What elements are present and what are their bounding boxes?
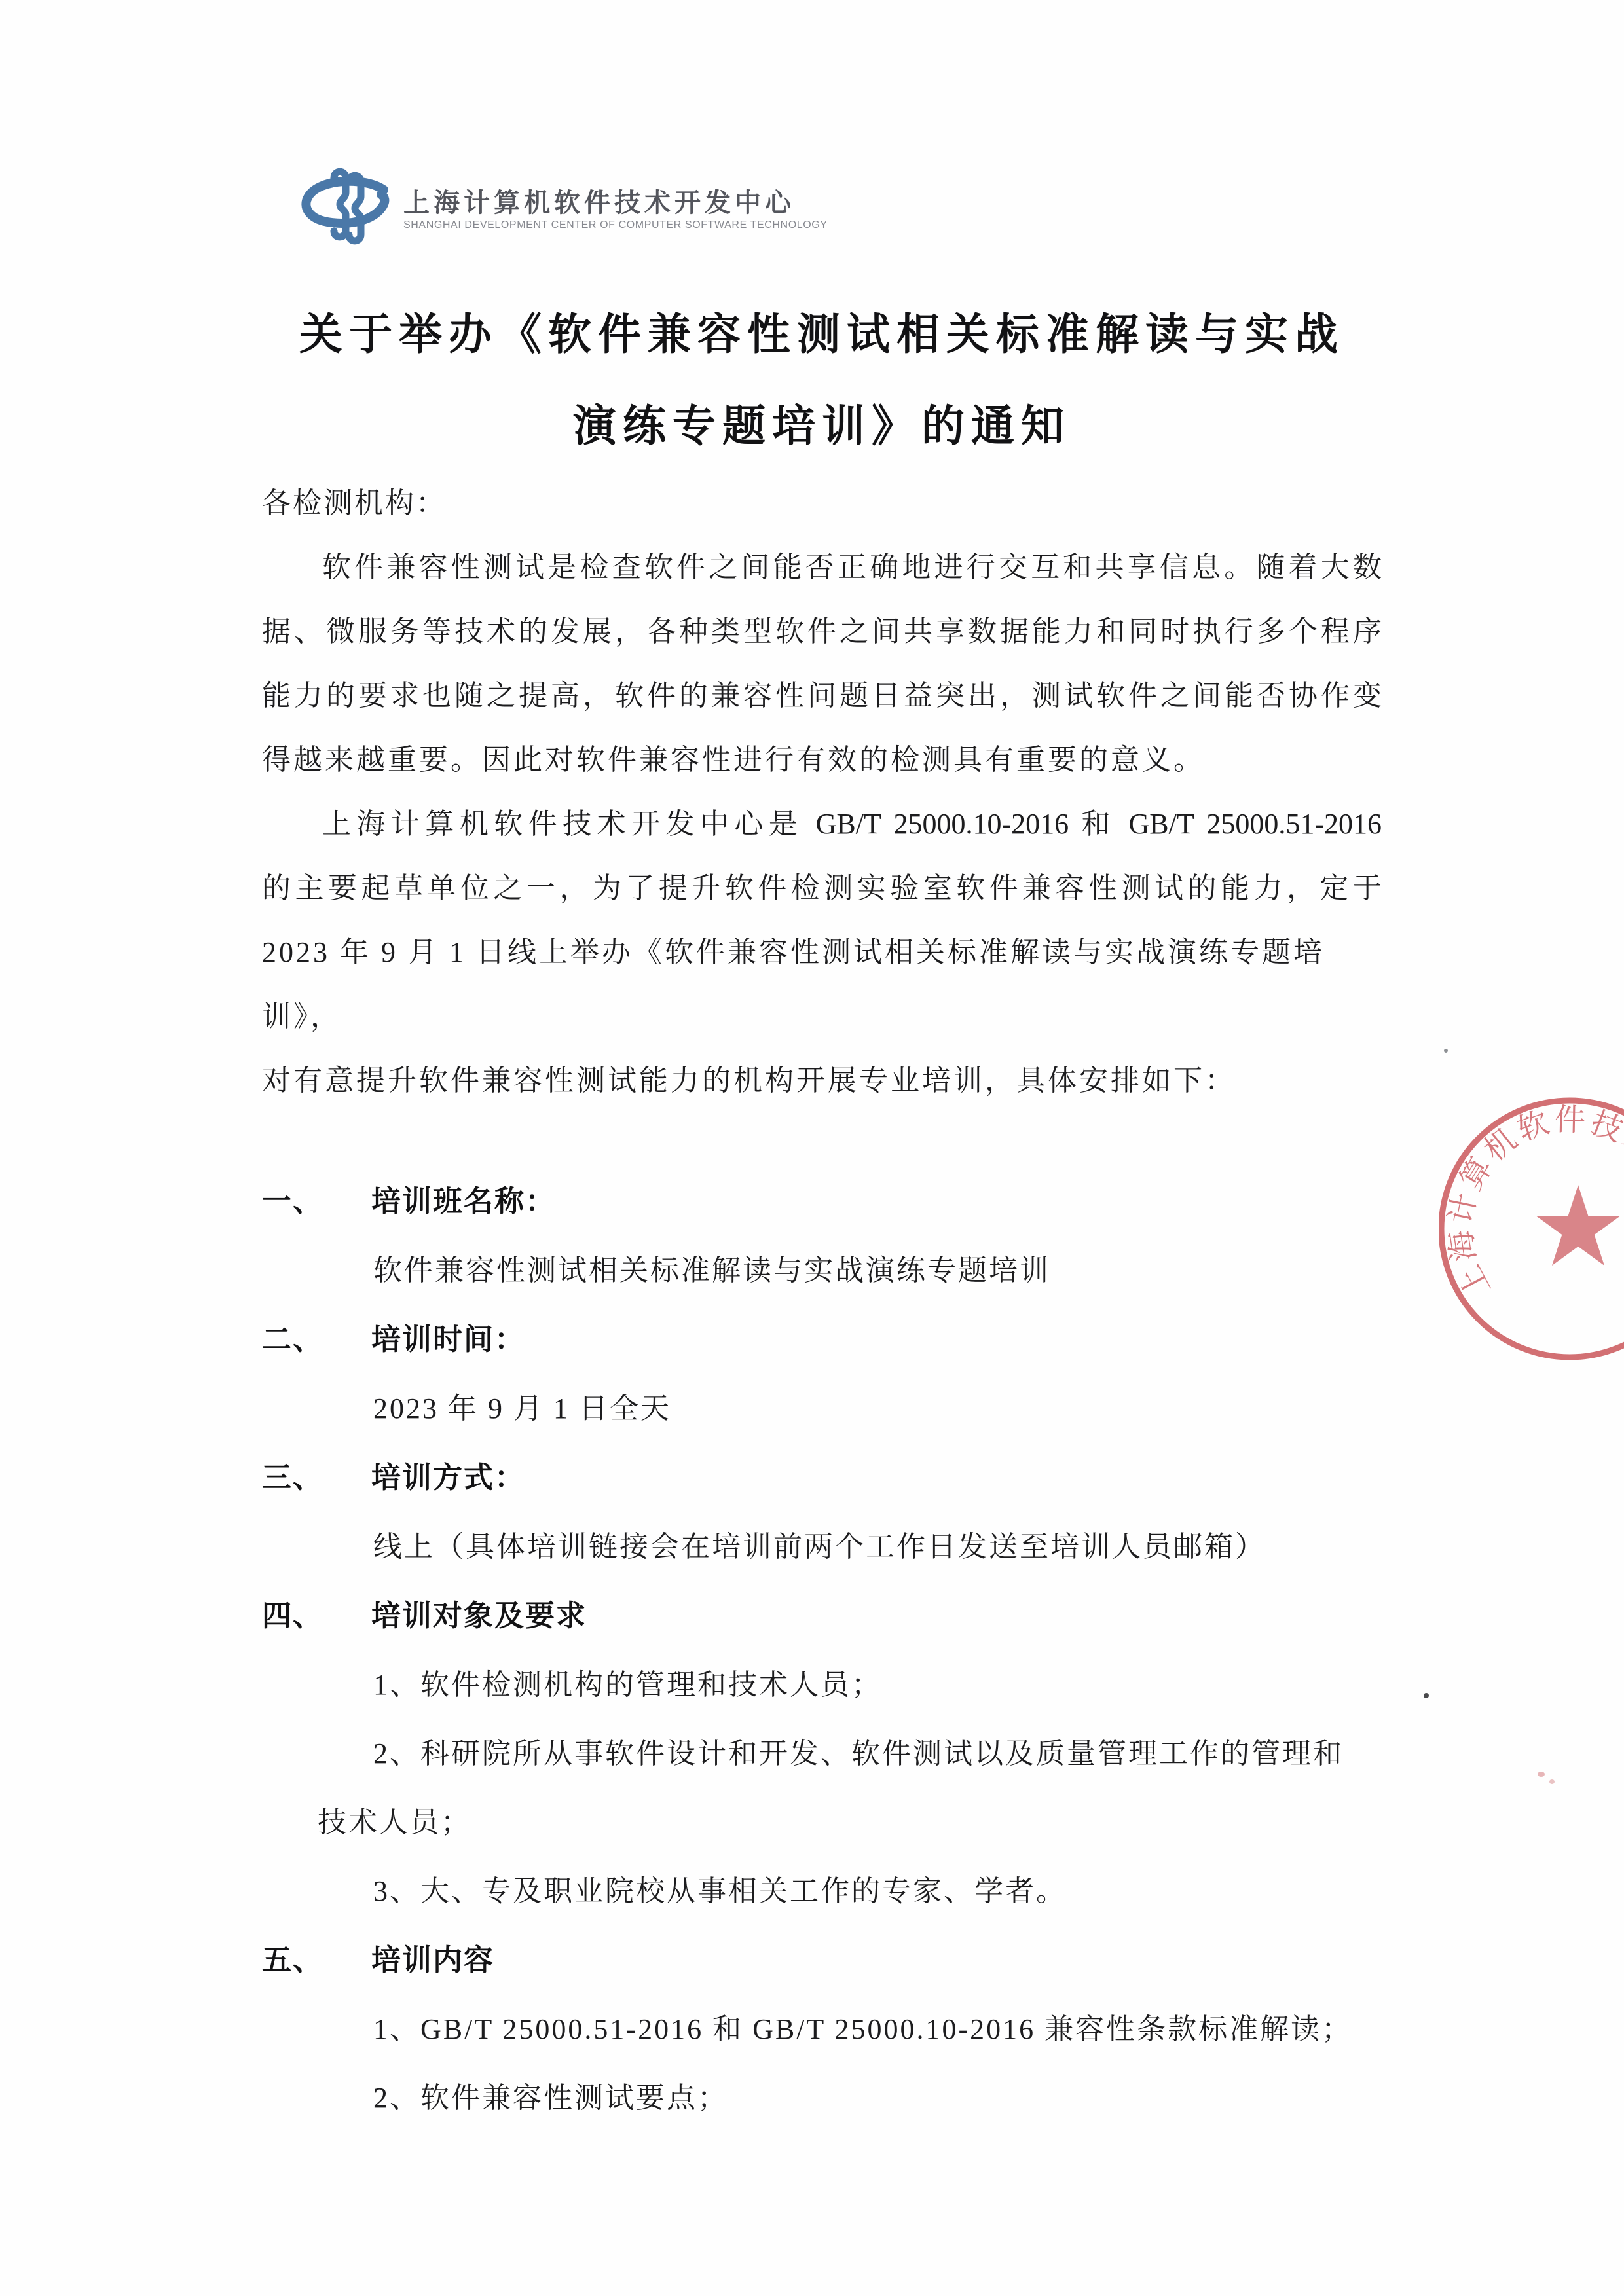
org-name-block: 上海计算机软件技术开发中心 SHANGHAI DEVELOPMENT CENTE… [403,166,828,232]
notice-title-line1: 关于举办《软件兼容性测试相关标准解读与实战 [262,288,1382,380]
section-item-line: 软件兼容性测试相关标准解读与实战演练专题培训 [373,1236,1382,1305]
section-heading: 培训对象及要求 [371,1599,587,1632]
paragraph: 上海计算机软件技术开发中心是 GB/T 25000.10-2016 和 GB/T… [262,792,1382,1113]
outline-sections: 一、培训班名称：软件兼容性测试相关标准解读与实战演练专题培训二、培训时间：202… [262,1167,1382,2132]
star-icon [1536,1185,1620,1266]
section-heading: 培训方式： [371,1461,525,1494]
seal-text: 上海计算机软件技术开发中心 [1443,1103,1624,1306]
section-item-line: 技术人员； [318,1788,1382,1857]
paragraph-line: 对有意提升软件兼容性测试能力的机构开展专业培训，具体安排如下： [262,1049,1382,1113]
section-item-line: 2、科研院所从事软件设计和开发、软件测试以及质量管理工作的管理和 [373,1719,1382,1788]
paragraph-line: 上海计算机软件技术开发中心是 GB/T 25000.10-2016 和 GB/T… [262,792,1382,856]
section-item-line: 2023 年 9 月 1 日全天 [373,1374,1382,1443]
scan-speck [1444,1049,1448,1053]
section-item-line: 3、大、专及职业院校从事相关工作的专家、学者。 [373,1857,1382,1925]
paragraph-line: 能力的要求也随之提高，软件的兼容性问题日益突出，测试软件之间能否协作变 [262,664,1382,728]
section-number: 一、 [262,1167,371,1235]
ink-speck [1549,1779,1555,1784]
section-number: 四、 [262,1581,371,1650]
section-heading-row: 四、培训对象及要求 [262,1581,1382,1650]
official-seal-stamp: 上海计算机软件技术开发中心 [1439,1095,1624,1363]
section-heading: 培训时间： [371,1322,525,1356]
section-heading-row: 三、培训方式： [262,1443,1382,1512]
document-body: 关于举办《软件兼容性测试相关标准解读与实战 演练专题培训》的通知 各检测机构： … [262,288,1382,2132]
section-heading-row: 二、培训时间： [262,1305,1382,1374]
notice-title: 关于举办《软件兼容性测试相关标准解读与实战 演练专题培训》的通知 [262,288,1382,471]
notice-title-line2: 演练专题培训》的通知 [262,380,1382,471]
section-item-line: 1、GB/T 25000.51-2016 和 GB/T 25000.10-201… [373,1995,1382,2064]
section-item-line: 1、软件检测机构的管理和技术人员； [373,1650,1382,1719]
salutation: 各检测机构： [262,471,1382,536]
document-page: 上海计算机软件技术开发中心 SHANGHAI DEVELOPMENT CENTE… [0,0,1624,2296]
section-heading: 培训内容 [371,1943,494,1977]
org-name-en: SHANGHAI DEVELOPMENT CENTER OF COMPUTER … [403,219,828,232]
section-heading-row: 五、培训内容 [262,1925,1382,1995]
paragraph-line: 的主要起草单位之一，为了提升软件检测实验室软件兼容性测试的能力，定于 [262,856,1382,920]
intro-paragraphs: 软件兼容性测试是检查软件之间能否正确地进行交互和共享信息。随着大数据、微服务等技… [262,536,1382,1113]
section-number: 三、 [262,1443,371,1512]
csst-monogram-icon [300,166,392,249]
section-number: 五、 [262,1925,371,1994]
paragraph-line: 得越来越重要。因此对软件兼容性进行有效的检测具有重要的意义。 [262,728,1382,792]
section-heading-row: 一、培训班名称： [262,1167,1382,1236]
org-name-cn: 上海计算机软件技术开发中心 [403,189,828,217]
section-item-line: 2、软件兼容性测试要点； [373,2064,1382,2132]
ink-speck [1538,1772,1545,1777]
paragraph-line: 软件兼容性测试是检查软件之间能否正确地进行交互和共享信息。随着大数 [262,536,1382,600]
section-heading: 培训班名称： [371,1184,556,1218]
org-logo: 上海计算机软件技术开发中心 SHANGHAI DEVELOPMENT CENTE… [300,166,828,249]
paragraph-line: 2023 年 9 月 1 日线上举办《软件兼容性测试相关标准解读与实战演练专题培… [262,920,1382,1049]
paragraph: 软件兼容性测试是检查软件之间能否正确地进行交互和共享信息。随着大数据、微服务等技… [262,536,1382,792]
paragraph-line: 据、微服务等技术的发展，各种类型软件之间共享数据能力和同时执行多个程序 [262,600,1382,664]
section-number: 二、 [262,1305,371,1374]
section-item-line: 线上（具体培训链接会在培训前两个工作日发送至培训人员邮箱） [373,1512,1382,1581]
scan-speck [1424,1693,1429,1698]
